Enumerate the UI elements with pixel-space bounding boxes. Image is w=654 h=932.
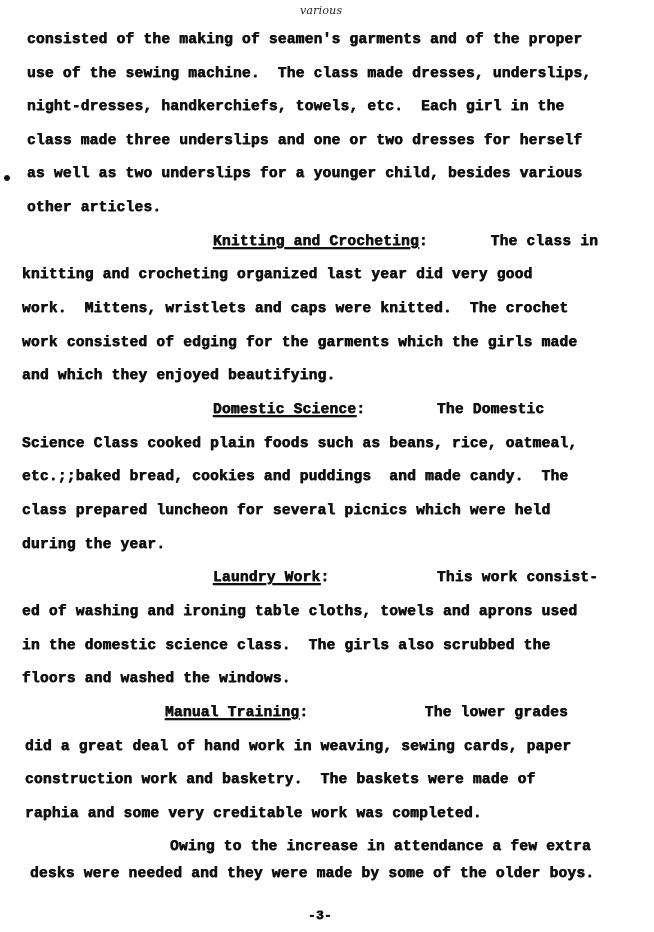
text-line: class prepared luncheon for several picn… bbox=[22, 503, 551, 519]
margin-mark bbox=[4, 175, 10, 181]
document-page: various consisted of the making of seame… bbox=[0, 0, 654, 932]
heading-text: Manual Training bbox=[165, 705, 299, 721]
heading-tail: : The lower grades bbox=[299, 705, 568, 721]
heading-tail: : The Domestic bbox=[356, 402, 544, 418]
text-line: did a great deal of hand work in weaving… bbox=[25, 739, 571, 755]
heading-text: Laundry Work bbox=[213, 570, 321, 586]
text-line: Owing to the increase in attendance a fe… bbox=[170, 839, 591, 855]
section-heading-laundry: Laundry Work: This work consist- bbox=[213, 570, 598, 586]
text-line: class made three underslips and one or t… bbox=[27, 133, 582, 149]
handwritten-annotation: various bbox=[300, 4, 342, 17]
text-line: floors and washed the windows. bbox=[22, 671, 291, 687]
heading-tail: : This work consist- bbox=[321, 570, 599, 586]
text-line: ed of washing and ironing table cloths, … bbox=[22, 604, 577, 620]
text-line: Science Class cooked plain foods such as… bbox=[22, 436, 577, 452]
section-heading-knitting: Knitting and Crocheting: The class in bbox=[213, 234, 598, 250]
text-line: knitting and crocheting organized last y… bbox=[22, 267, 533, 283]
text-line: consisted of the making of seamen's garm… bbox=[27, 32, 582, 48]
text-line: use of the sewing machine. The class mad… bbox=[27, 66, 591, 82]
text-line: etc.;;baked bread, cookies and puddings … bbox=[22, 469, 568, 485]
section-heading-manual-training: Manual Training: The lower grades bbox=[165, 705, 568, 721]
text-line: other articles. bbox=[27, 200, 161, 216]
page-number: -3- bbox=[308, 908, 332, 923]
text-line: and which they enjoyed beautifying. bbox=[22, 368, 336, 384]
text-line: during the year. bbox=[22, 537, 165, 553]
text-line: construction work and basketry. The bask… bbox=[25, 772, 536, 788]
text-line: work. Mittens, wristlets and caps were k… bbox=[22, 301, 568, 317]
text-line: work consisted of edging for the garment… bbox=[22, 335, 577, 351]
heading-text: Knitting and Crocheting bbox=[213, 234, 419, 250]
text-line: desks were needed and they were made by … bbox=[30, 866, 594, 882]
text-line: in the domestic science class. The girls… bbox=[22, 638, 551, 654]
heading-tail: : The class in bbox=[419, 234, 598, 250]
heading-text: Domestic Science bbox=[213, 402, 356, 418]
text-line: raphia and some very creditable work was… bbox=[25, 806, 482, 822]
text-line: night-dresses, handkerchiefs, towels, et… bbox=[27, 99, 564, 115]
section-heading-domestic-science: Domestic Science: The Domestic bbox=[213, 402, 544, 418]
text-line: as well as two underslips for a younger … bbox=[27, 166, 582, 182]
